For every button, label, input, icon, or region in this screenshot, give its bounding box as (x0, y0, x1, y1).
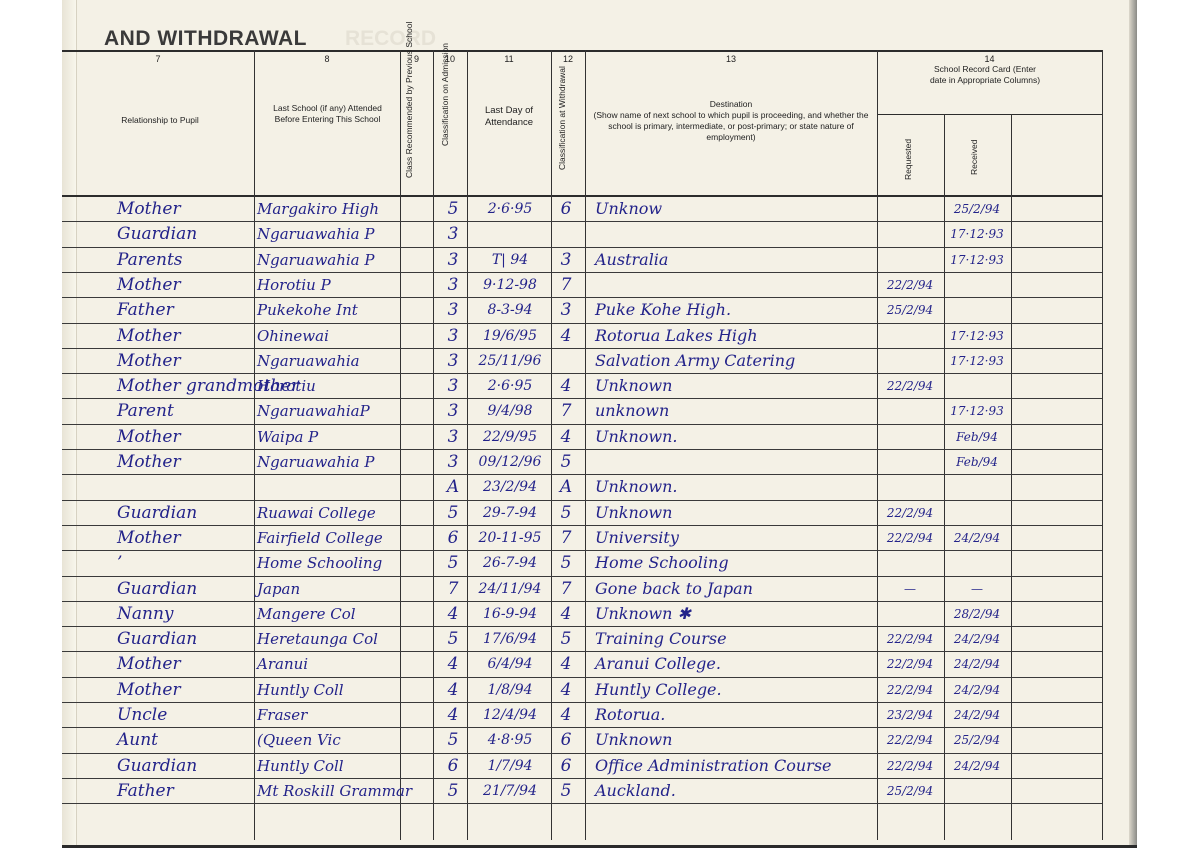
record-received-cell (944, 474, 1010, 499)
table-row: MotherNgaruawahia325/11/96Salvation Army… (62, 348, 1102, 373)
record-received-cell (944, 500, 1010, 525)
record-requested-cell (877, 474, 943, 499)
class-withdrawal-cell: 6 (554, 727, 578, 752)
relationship-cell: Mother (117, 348, 181, 373)
relationship-cell: Aunt (117, 727, 158, 752)
destination-cell: Rotorua Lakes High (595, 323, 758, 348)
last-day-cell (470, 221, 550, 246)
relationship-cell: Father (117, 778, 174, 803)
class-withdrawal-cell: 5 (554, 449, 578, 474)
class-admission-cell: 5 (442, 626, 464, 651)
destination-cell: Office Administration Course (595, 753, 832, 778)
class-withdrawal-cell: 7 (554, 272, 578, 297)
last-day-cell: 29-7-94 (470, 500, 550, 525)
class-admission-cell: 3 (442, 449, 464, 474)
record-requested-cell (877, 196, 943, 221)
relationship-cell: Mother (117, 323, 181, 348)
table-row: GuardianRuawai College529-7-945Unknown22… (62, 500, 1102, 525)
table-row: MotherWaipa P322/9/954Unknown.Feb/94 (62, 424, 1102, 449)
record-received-cell: 17·12·93 (944, 348, 1010, 373)
class-withdrawal-cell: 5 (554, 550, 578, 575)
relationship-cell: Guardian (117, 221, 197, 246)
record-received-cell: 24/2/94 (944, 677, 1010, 702)
last-day-cell: 8-3-94 (470, 297, 550, 322)
destination-cell: Huntly College. (595, 677, 722, 702)
destination-cell: Unknow (595, 196, 662, 221)
record-requested-cell: — (877, 576, 943, 601)
last-day-cell: 9·12-98 (470, 272, 550, 297)
table-row: ParentNgaruawahiaP39/4/987unknown17·12·9… (62, 398, 1102, 423)
last-school-cell: Mt Roskill Grammar (257, 778, 412, 803)
last-day-cell: 1/7/94 (470, 753, 550, 778)
last-school-cell: Horotiu (257, 373, 316, 398)
class-admission-cell: 4 (442, 677, 464, 702)
record-requested-cell: 22/2/94 (877, 727, 943, 752)
destination-cell: Unknown ✱ (595, 601, 691, 626)
table-row: GuardianJapan724/11/947Gone back to Japa… (62, 576, 1102, 601)
destination-cell: Aranui College. (595, 651, 721, 676)
table-row: MotherOhinewai319/6/954Rotorua Lakes Hig… (62, 323, 1102, 348)
record-requested-cell (877, 323, 943, 348)
col13-sublabel: (Show name of next school to which pupil… (590, 110, 872, 143)
destination-cell: University (595, 525, 679, 550)
destination-cell: Unknown (595, 373, 672, 398)
table-row: GuardianNgaruawahia P317·12·93 (62, 221, 1102, 246)
record-requested-cell: 22/2/94 (877, 651, 943, 676)
record-requested-cell (877, 247, 943, 272)
record-requested-cell: 22/2/94 (877, 626, 943, 651)
destination-cell: Training Course (595, 626, 727, 651)
col7-label: Relationship to Pupil (110, 115, 210, 126)
table-row: NannyMangere Col416-9-944Unknown ✱28/2/9… (62, 601, 1102, 626)
table-row: Aunt(Queen Vic54·8·956Unknown22/2/9425/2… (62, 727, 1102, 752)
row-rule (62, 803, 1102, 804)
record-received-cell: 17·12·93 (944, 221, 1010, 246)
last-day-cell: 9/4/98 (470, 398, 550, 423)
class-admission-cell: 7 (442, 576, 464, 601)
record-received-cell: 17·12·93 (944, 247, 1010, 272)
class-withdrawal-cell: 4 (554, 373, 578, 398)
last-school-cell: Aranui (257, 651, 308, 676)
table-row: GuardianHeretaunga Col517/6/945Training … (62, 626, 1102, 651)
class-withdrawal-cell: 5 (554, 778, 578, 803)
class-admission-cell: A (442, 474, 464, 499)
record-requested-cell (877, 601, 943, 626)
last-day-cell: 17/6/94 (470, 626, 550, 651)
class-withdrawal-cell: 4 (554, 601, 578, 626)
class-admission-cell: 3 (442, 323, 464, 348)
record-requested-cell (877, 348, 943, 373)
last-school-cell: Pukekohe Int (257, 297, 358, 322)
table-row: GuardianHuntly Coll61/7/946Office Admini… (62, 753, 1102, 778)
last-school-cell: (Queen Vic (257, 727, 341, 752)
class-admission-cell: 3 (442, 297, 464, 322)
col14-label: School Record Card (Enter date in Approp… (925, 64, 1045, 86)
class-admission-cell: 3 (442, 272, 464, 297)
last-day-cell: 4·8·95 (470, 727, 550, 752)
class-withdrawal-cell: 6 (554, 753, 578, 778)
col8-label: Last School (if any) Attended Before Ent… (270, 103, 385, 125)
col14-number: 14 (877, 54, 1102, 64)
last-school-cell: Ruawai College (257, 500, 376, 525)
destination-cell: Auckland. (595, 778, 676, 803)
table-row: Mother grandmotherHorotiu32·6·954Unknown… (62, 373, 1102, 398)
destination-cell: Australia (595, 247, 668, 272)
col14-requested-label: Requested (903, 130, 913, 180)
last-school-cell: Home Schooling (257, 550, 382, 575)
last-day-cell: 16-9-94 (470, 601, 550, 626)
relationship-cell: Parent (117, 398, 174, 423)
last-day-cell: 2·6·95 (470, 196, 550, 221)
last-school-cell: Fraser (257, 702, 307, 727)
class-withdrawal-cell (554, 348, 578, 373)
relationship-cell: Mother (117, 272, 181, 297)
destination-cell: Unknown. (595, 474, 678, 499)
col12-label: Classification at Withdrawal (557, 90, 567, 170)
table-row: FatherMt Roskill Grammar521/7/945Aucklan… (62, 778, 1102, 803)
table-row: MotherMargakiro High52·6·956Unknow25/2/9… (62, 196, 1102, 221)
destination-cell: Salvation Army Catering (595, 348, 795, 373)
table-row: A23/2/94AUnknown. (62, 474, 1102, 499)
last-day-cell: 19/6/95 (470, 323, 550, 348)
class-admission-cell: 6 (442, 753, 464, 778)
record-received-cell: 17·12·93 (944, 323, 1010, 348)
record-requested-cell: 23/2/94 (877, 702, 943, 727)
last-day-cell: T| 94 (470, 247, 550, 272)
record-requested-cell: 22/2/94 (877, 500, 943, 525)
table-row: MotherAranui46/4/944Aranui College.22/2/… (62, 651, 1102, 676)
record-received-cell: 25/2/94 (944, 727, 1010, 752)
last-school-cell: Ohinewai (257, 323, 329, 348)
relationship-cell: Guardian (117, 753, 197, 778)
page-title: AND WITHDRAWAL (104, 27, 307, 51)
class-withdrawal-cell: 4 (554, 651, 578, 676)
last-school-cell: Ngaruawahia P (257, 449, 375, 474)
record-requested-cell: 25/2/94 (877, 297, 943, 322)
record-requested-cell: 22/2/94 (877, 373, 943, 398)
relationship-cell: Mother (117, 525, 181, 550)
record-received-cell: 24/2/94 (944, 626, 1010, 651)
bleed-through-title: RECORD (345, 27, 436, 51)
col10-number: 10 (433, 54, 467, 64)
relationship-cell: Mother (117, 424, 181, 449)
table-row: MotherNgaruawahia P309/12/965Feb/94 (62, 449, 1102, 474)
record-requested-cell (877, 221, 943, 246)
relationship-cell: Guardian (117, 626, 197, 651)
class-admission-cell: 4 (442, 601, 464, 626)
class-withdrawal-cell: 5 (554, 626, 578, 651)
last-day-cell: 26-7-94 (470, 550, 550, 575)
record-requested-cell (877, 424, 943, 449)
destination-cell: Unknown (595, 500, 672, 525)
destination-cell: Puke Kohe High. (595, 297, 731, 322)
col8-number: 8 (254, 54, 400, 64)
col9-label: Class Recommended by Previous School (404, 68, 414, 178)
class-admission-cell: 6 (442, 525, 464, 550)
record-received-cell: 24/2/94 (944, 651, 1010, 676)
record-requested-cell (877, 398, 943, 423)
relationship-cell: Uncle (117, 702, 167, 727)
destination-cell: Home Schooling (595, 550, 729, 575)
class-withdrawal-cell: A (554, 474, 578, 499)
last-day-cell: 22/9/95 (470, 424, 550, 449)
column-rule (1102, 50, 1103, 840)
last-day-cell: 2·6·95 (470, 373, 550, 398)
class-withdrawal-cell: 5 (554, 500, 578, 525)
col11-label: Last Day of Attendance (480, 105, 538, 129)
last-school-cell: Japan (257, 576, 300, 601)
last-day-cell: 23/2/94 (470, 474, 550, 499)
record-requested-cell (877, 550, 943, 575)
table-row: ParentsNgaruawahia P3T| 943Australia17·1… (62, 247, 1102, 272)
relationship-cell: Mother (117, 449, 181, 474)
class-admission-cell: 5 (442, 500, 464, 525)
last-school-cell: Mangere Col (257, 601, 356, 626)
last-school-cell: Ngaruawahia P (257, 247, 375, 272)
class-withdrawal-cell: 6 (554, 196, 578, 221)
last-day-cell: 24/11/94 (470, 576, 550, 601)
class-withdrawal-cell: 7 (554, 525, 578, 550)
last-day-cell: 1/8/94 (470, 677, 550, 702)
last-day-cell: 12/4/94 (470, 702, 550, 727)
class-admission-cell: 3 (442, 424, 464, 449)
table-row: UncleFraser412/4/944Rotorua.23/2/9424/2/… (62, 702, 1102, 727)
last-school-cell: Huntly Coll (257, 677, 344, 702)
class-admission-cell: 4 (442, 702, 464, 727)
class-admission-cell: 3 (442, 221, 464, 246)
relationship-cell: Mother (117, 651, 181, 676)
table-row: MotherFairfield College620-11-957Univers… (62, 525, 1102, 550)
record-requested-cell (877, 449, 943, 474)
col14-received-label: Received (969, 130, 979, 175)
record-received-cell (944, 297, 1010, 322)
relationship-cell: Nanny (117, 601, 174, 626)
table-row: MotherHorotiu P39·12-98722/2/94 (62, 272, 1102, 297)
class-withdrawal-cell: 4 (554, 424, 578, 449)
class-withdrawal-cell: 3 (554, 247, 578, 272)
relationship-cell: Parents (117, 247, 183, 272)
record-received-cell (944, 550, 1010, 575)
last-school-cell: NgaruawahiaP (257, 398, 370, 423)
col13-number: 13 (585, 54, 877, 64)
destination-cell: Gone back to Japan (595, 576, 753, 601)
class-admission-cell: 3 (442, 348, 464, 373)
destination-cell: unknown (595, 398, 669, 423)
last-school-cell: Ngaruawahia P (257, 221, 375, 246)
class-admission-cell: 3 (442, 398, 464, 423)
last-school-cell: Horotiu P (257, 272, 331, 297)
class-admission-cell: 5 (442, 550, 464, 575)
record-card-subrule (877, 114, 1102, 115)
table-row: MotherHuntly Coll41/8/944Huntly College.… (62, 677, 1102, 702)
col10-label: Classification on Admission (440, 86, 450, 146)
last-day-cell: 20-11-95 (470, 525, 550, 550)
relationship-cell: Guardian (117, 500, 197, 525)
class-admission-cell: 5 (442, 778, 464, 803)
last-day-cell: 6/4/94 (470, 651, 550, 676)
record-received-cell: Feb/94 (944, 424, 1010, 449)
record-requested-cell: 22/2/94 (877, 272, 943, 297)
relationship-cell: Guardian (117, 576, 197, 601)
record-requested-cell: 25/2/94 (877, 778, 943, 803)
class-admission-cell: 3 (442, 247, 464, 272)
destination-cell: Unknown. (595, 424, 678, 449)
class-admission-cell: 4 (442, 651, 464, 676)
table-row: ’Home Schooling526-7-945Home Schooling (62, 550, 1102, 575)
col7-number: 7 (62, 54, 254, 64)
record-received-cell: 24/2/94 (944, 525, 1010, 550)
class-admission-cell: 5 (442, 727, 464, 752)
record-requested-cell: 22/2/94 (877, 677, 943, 702)
relationship-cell: ’ (117, 550, 122, 575)
record-received-cell: 24/2/94 (944, 702, 1010, 727)
record-received-cell: — (944, 576, 1010, 601)
last-day-cell: 09/12/96 (470, 449, 550, 474)
record-received-cell: 25/2/94 (944, 196, 1010, 221)
relationship-cell: Mother (117, 196, 181, 221)
last-day-cell: 25/11/96 (470, 348, 550, 373)
last-school-cell: Huntly Coll (257, 753, 344, 778)
class-withdrawal-cell: 7 (554, 576, 578, 601)
last-school-cell: Waipa P (257, 424, 318, 449)
class-admission-cell: 3 (442, 373, 464, 398)
last-school-cell: Fairfield College (257, 525, 383, 550)
record-received-cell (944, 272, 1010, 297)
table-row: FatherPukekohe Int38-3-943Puke Kohe High… (62, 297, 1102, 322)
col12-number: 12 (551, 54, 585, 64)
destination-cell: Unknown (595, 727, 672, 752)
class-withdrawal-cell: 4 (554, 702, 578, 727)
class-withdrawal-cell: 4 (554, 677, 578, 702)
last-day-cell: 21/7/94 (470, 778, 550, 803)
record-requested-cell: 22/2/94 (877, 753, 943, 778)
record-received-cell: 28/2/94 (944, 601, 1010, 626)
record-requested-cell: 22/2/94 (877, 525, 943, 550)
record-received-cell: Feb/94 (944, 449, 1010, 474)
destination-cell: Rotorua. (595, 702, 665, 727)
class-withdrawal-cell (554, 221, 578, 246)
class-withdrawal-cell: 4 (554, 323, 578, 348)
record-received-cell (944, 778, 1010, 803)
class-admission-cell: 5 (442, 196, 464, 221)
record-received-cell: 17·12·93 (944, 398, 1010, 423)
relationship-cell: Father (117, 297, 174, 322)
col13-label: Destination (585, 99, 877, 110)
last-school-cell: Margakiro High (257, 196, 379, 221)
last-school-cell: Ngaruawahia (257, 348, 360, 373)
record-received-cell: 24/2/94 (944, 753, 1010, 778)
class-withdrawal-cell: 3 (554, 297, 578, 322)
header-top-rule (62, 50, 1102, 52)
class-withdrawal-cell: 7 (554, 398, 578, 423)
relationship-cell: Mother (117, 677, 181, 702)
record-received-cell (944, 373, 1010, 398)
last-school-cell: Heretaunga Col (257, 626, 378, 651)
col11-number: 11 (467, 54, 551, 64)
